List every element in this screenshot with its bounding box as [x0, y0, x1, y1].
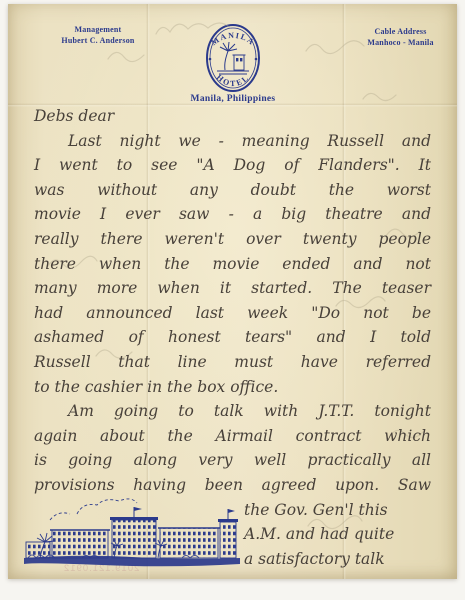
letter-line: provisions having been agreed upon. Saw — [22, 473, 447, 498]
logo-left-dot — [209, 58, 212, 61]
logo-palm-scene — [217, 42, 249, 74]
letterhead-place-line: Manila, Philippines — [173, 94, 293, 104]
cable-address-label: Cable Address — [333, 26, 465, 37]
letter-line: A.M. and had quite — [22, 522, 447, 547]
letter-paper: Management Hubert C. Anderson Cable Addr… — [8, 4, 457, 579]
letter-line: there when the movie ended and not — [22, 252, 447, 277]
management-name: Hubert C. Anderson — [38, 35, 158, 46]
letter-line: really there weren't over twenty people — [22, 227, 447, 252]
management-block: Management Hubert C. Anderson — [38, 24, 158, 46]
letter-line: was without any doubt the worst — [22, 178, 447, 203]
letter-line: movie I ever saw - a big theatre and — [22, 202, 447, 227]
logo-right-dot — [255, 58, 258, 61]
letter-line: Russell that line must have referred — [22, 350, 447, 375]
letter-line: many more when it started. The teaser — [22, 276, 447, 301]
letter-line: again about the Airmail contract which — [22, 424, 447, 449]
manila-hotel-logo: MANILA HOTEL — [201, 20, 265, 98]
letter-line: Last night we - meaning Russell and — [22, 129, 447, 154]
management-label: Management — [38, 24, 158, 35]
letter-line: had announced last week "Do not be — [22, 301, 447, 326]
letter-line: ashamed of honest tears" and I told — [22, 325, 447, 350]
scanned-letter: Management Hubert C. Anderson Cable Addr… — [0, 0, 465, 600]
letter-line: is going along very well practically all — [22, 448, 447, 473]
salutation: Debs dear — [22, 104, 447, 129]
letter-line: Am going to talk with J.T.T. tonight — [22, 399, 447, 424]
cable-address-block: Cable Address Manhoco - Manila — [333, 26, 465, 48]
cable-address-value: Manhoco - Manila — [333, 37, 465, 48]
letter-line: to the cashier in the box office. — [22, 375, 447, 400]
letter-body: Debs dear Last night we - meaning Russel… — [22, 104, 447, 571]
letter-line: a satisfactory talk — [22, 547, 447, 572]
letter-line: the Gov. Gen'l this — [22, 498, 447, 523]
letter-line: I went to see "A Dog of Flanders". It — [22, 153, 447, 178]
